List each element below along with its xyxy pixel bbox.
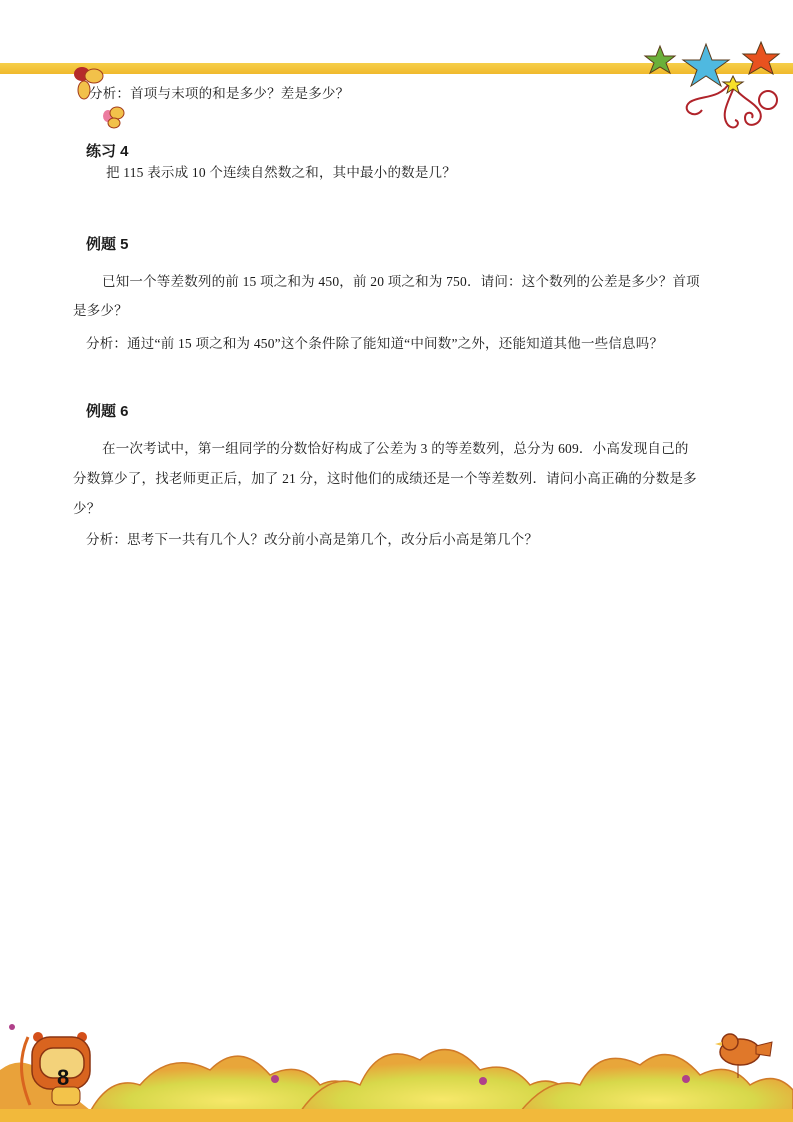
example6-analysis: 分析：思考下一共有几个人？改分前小高是第几个，改分后小高是第几个？	[86, 528, 538, 548]
stars-decoration-icon	[640, 40, 790, 135]
example5-title: 例题 5	[86, 233, 129, 254]
practice-question: 把 115 表示成 10 个连续自然数之和，其中最小的数是几？	[106, 161, 456, 181]
example5-question-line2: 是多少？	[73, 299, 128, 319]
example5-analysis: 分析：通过“前 15 项之和为 450”这个条件除了能知道“中间数”之外，还能知…	[86, 332, 663, 352]
footer-band	[0, 1109, 793, 1122]
page-number: 8	[57, 1065, 69, 1091]
practice-title: 练习 4	[86, 140, 129, 161]
example6-question-line3: 少？	[73, 497, 100, 517]
example6-question-line2: 分数算少了，找老师更正后，加了 21 分，这时他们的成绩还是一个等差数列．请问小…	[73, 467, 697, 487]
bird-icon	[710, 1030, 780, 1080]
bear-mascot-icon	[0, 1015, 100, 1110]
example6-question-line1: 在一次考试中，第一组同学的分数恰好构成了公差为 3 的等差数列，总分为 609．…	[102, 437, 689, 457]
analysis-text: 分析：首项与末项的和是多少？差是多少？	[89, 82, 349, 102]
example6-title: 例题 6	[86, 400, 129, 421]
butterfly-small-icon	[100, 104, 128, 132]
example5-question-line1: 已知一个等差数列的前 15 项之和为 450，前 20 项之和为 750．请问：…	[102, 270, 700, 290]
footer-waves-decoration	[0, 1030, 793, 1112]
